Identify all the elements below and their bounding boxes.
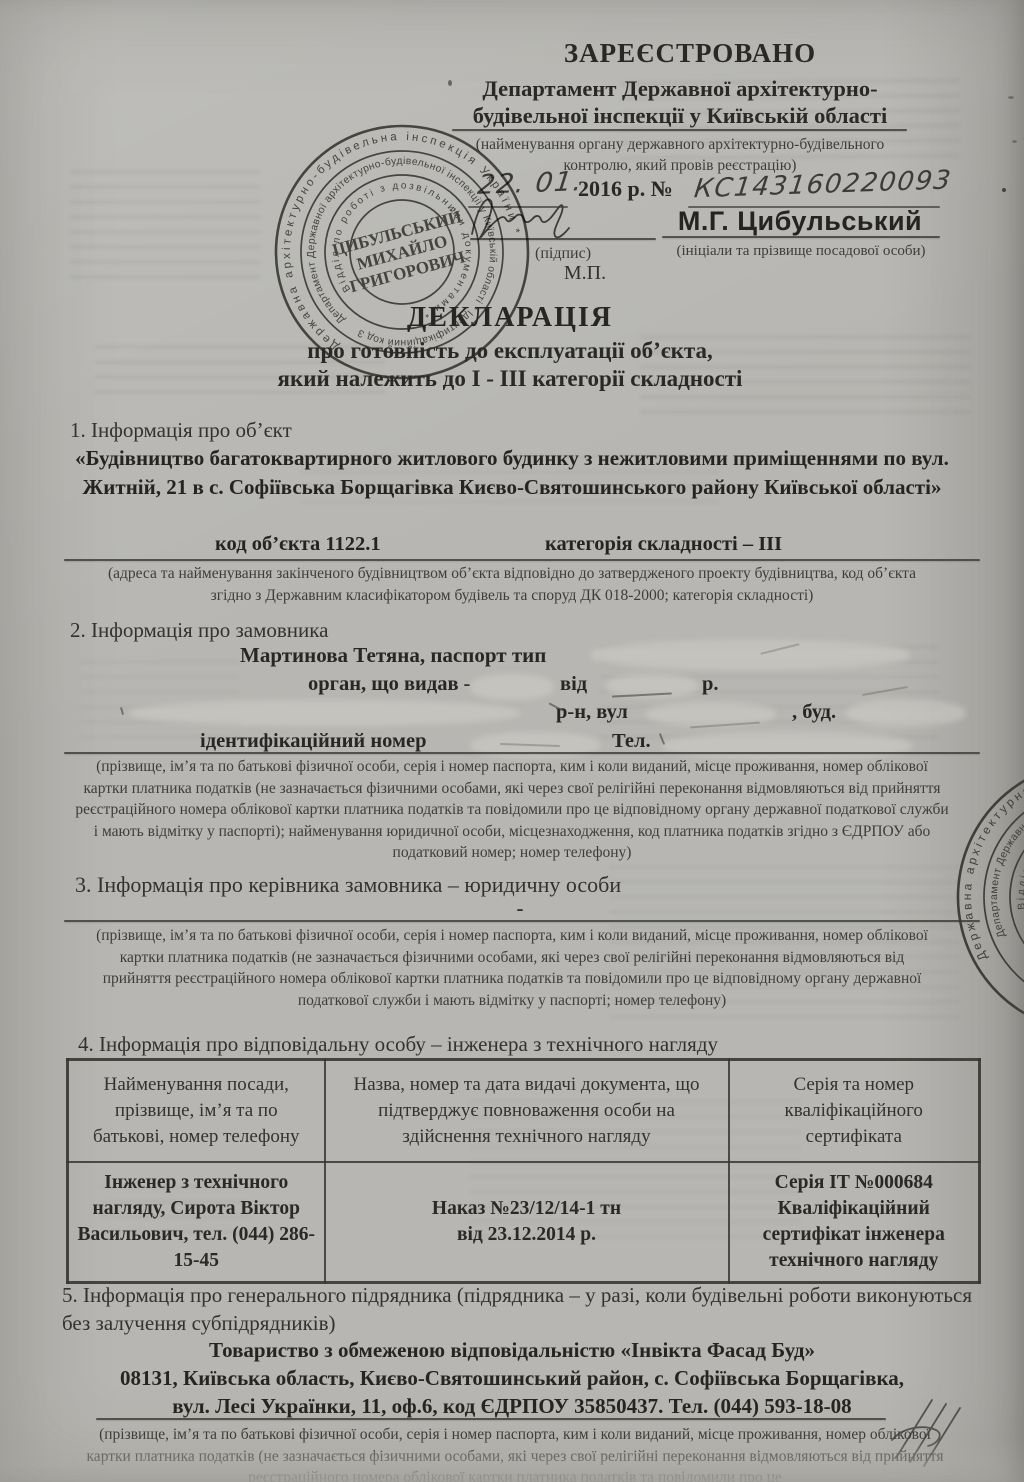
document-subtitle-line2: який належить до I - III категорії склад… (160, 366, 860, 392)
authority-underline (452, 129, 907, 131)
erasure-smudge (590, 640, 910, 670)
erasure-smudge (470, 674, 554, 700)
object-name: «Будівництво багатоквартирного житлового… (60, 444, 964, 501)
erasure-smudge (846, 700, 966, 726)
official-caption: (ініціали та прізвище посадової особи) (652, 241, 950, 263)
object-code: код об’єкта 1122.1 (215, 533, 381, 556)
contractor-company: Товариство з обмеженою відповідальністю … (100, 1338, 924, 1363)
document-page: ЗАРЕЄСТРОВАНО Департамент Державної архі… (0, 0, 1024, 1482)
seal-place-mark: М.П. (545, 262, 625, 285)
handwritten-initials-scribble (878, 1388, 988, 1474)
scan-speck (1008, 96, 1014, 99)
erasure-smudge (130, 700, 520, 726)
authority-name-line1: Департамент Державної архітектурно- (420, 76, 940, 102)
official-name-line (662, 236, 940, 238)
contractor-address-line2: вул. Лесі Українки, 11, оф.6, код ЄДРПОУ… (90, 1394, 934, 1419)
section3-heading: 3. Інформація про керівника замовника – … (75, 872, 621, 898)
section3-rule (64, 920, 980, 922)
scan-speck (448, 80, 452, 86)
section5-rule (96, 1418, 886, 1420)
section3-caption: (прізвище, ім’я та по батькові фізичної … (95, 925, 929, 1011)
table-cell: Серія ІТ №000684 Кваліфікаційний сертифі… (729, 1162, 980, 1283)
complexity-category: категорія складності – III (545, 533, 782, 556)
section5-caption: (прізвище, ім’я та по батькові фізичної … (75, 1424, 955, 1482)
issued-year-label: р. (702, 673, 719, 696)
table-cell: Наказ №23/12/14-1 тн від 23.12.2014 р. (325, 1162, 729, 1283)
section2-rule (64, 752, 980, 754)
document-subtitle-line1: про готовність до експлуатації об’єкта, (160, 338, 860, 364)
district-street-label: р-н, вул (556, 701, 628, 724)
scan-speck (1012, 140, 1017, 143)
phone-label: Тел. (612, 730, 651, 753)
section1-rule (64, 559, 980, 561)
table-cell: Інженер з технічного нагляду, Сирота Вік… (68, 1162, 325, 1283)
section5-heading: 5. Інформація про генерального підрядник… (62, 1282, 974, 1337)
scan-speck (1002, 188, 1006, 192)
table-row: Інженер з технічного нагляду, Сирота Вік… (68, 1162, 980, 1283)
identification-number-label: ідентифікаційний номер (200, 730, 427, 753)
section1-caption: (адреса та найменування закінченого буді… (90, 563, 934, 606)
customer-name: Мартинова Тетяна, паспорт тип (240, 643, 546, 668)
building-label: , буд. (792, 701, 836, 724)
section2-caption: (прізвище, ім’я та по батькові фізичної … (75, 756, 949, 864)
contractor-address-line1: 08131, Київська область, Києво-Святошинс… (60, 1366, 964, 1391)
registered-label: ЗАРЕЄСТРОВАНО (440, 38, 940, 69)
bleed-through-smudge (70, 170, 260, 290)
tech-supervisor-table: Найменування посади, прізвище, ім’я та п… (66, 1058, 981, 1284)
section3-dash-value: - (500, 896, 540, 921)
section2-heading: 2. Інформація про замовника (70, 618, 328, 643)
issuing-authority-label: орган, що видав - (308, 673, 470, 696)
bleed-through-smudge (80, 660, 240, 740)
section4-heading: 4. Інформація про відповідальну особу – … (78, 1032, 718, 1057)
table-header-cell: Найменування посади, прізвище, ім’я та п… (68, 1060, 325, 1163)
table-header-cell: Назва, номер та дата видачі документа, щ… (325, 1060, 729, 1163)
issued-from-label: від (560, 673, 587, 696)
document-title: ДЕКЛАРАЦІЯ (260, 302, 760, 334)
official-name: М.Г. Цибульський (660, 206, 940, 237)
table-header-cell: Серія та номер кваліфікаційного сертифік… (729, 1060, 980, 1163)
table-header-row: Найменування посади, прізвище, ім’я та п… (68, 1060, 980, 1163)
section1-heading: 1. Інформація про об’єкт (70, 418, 292, 443)
